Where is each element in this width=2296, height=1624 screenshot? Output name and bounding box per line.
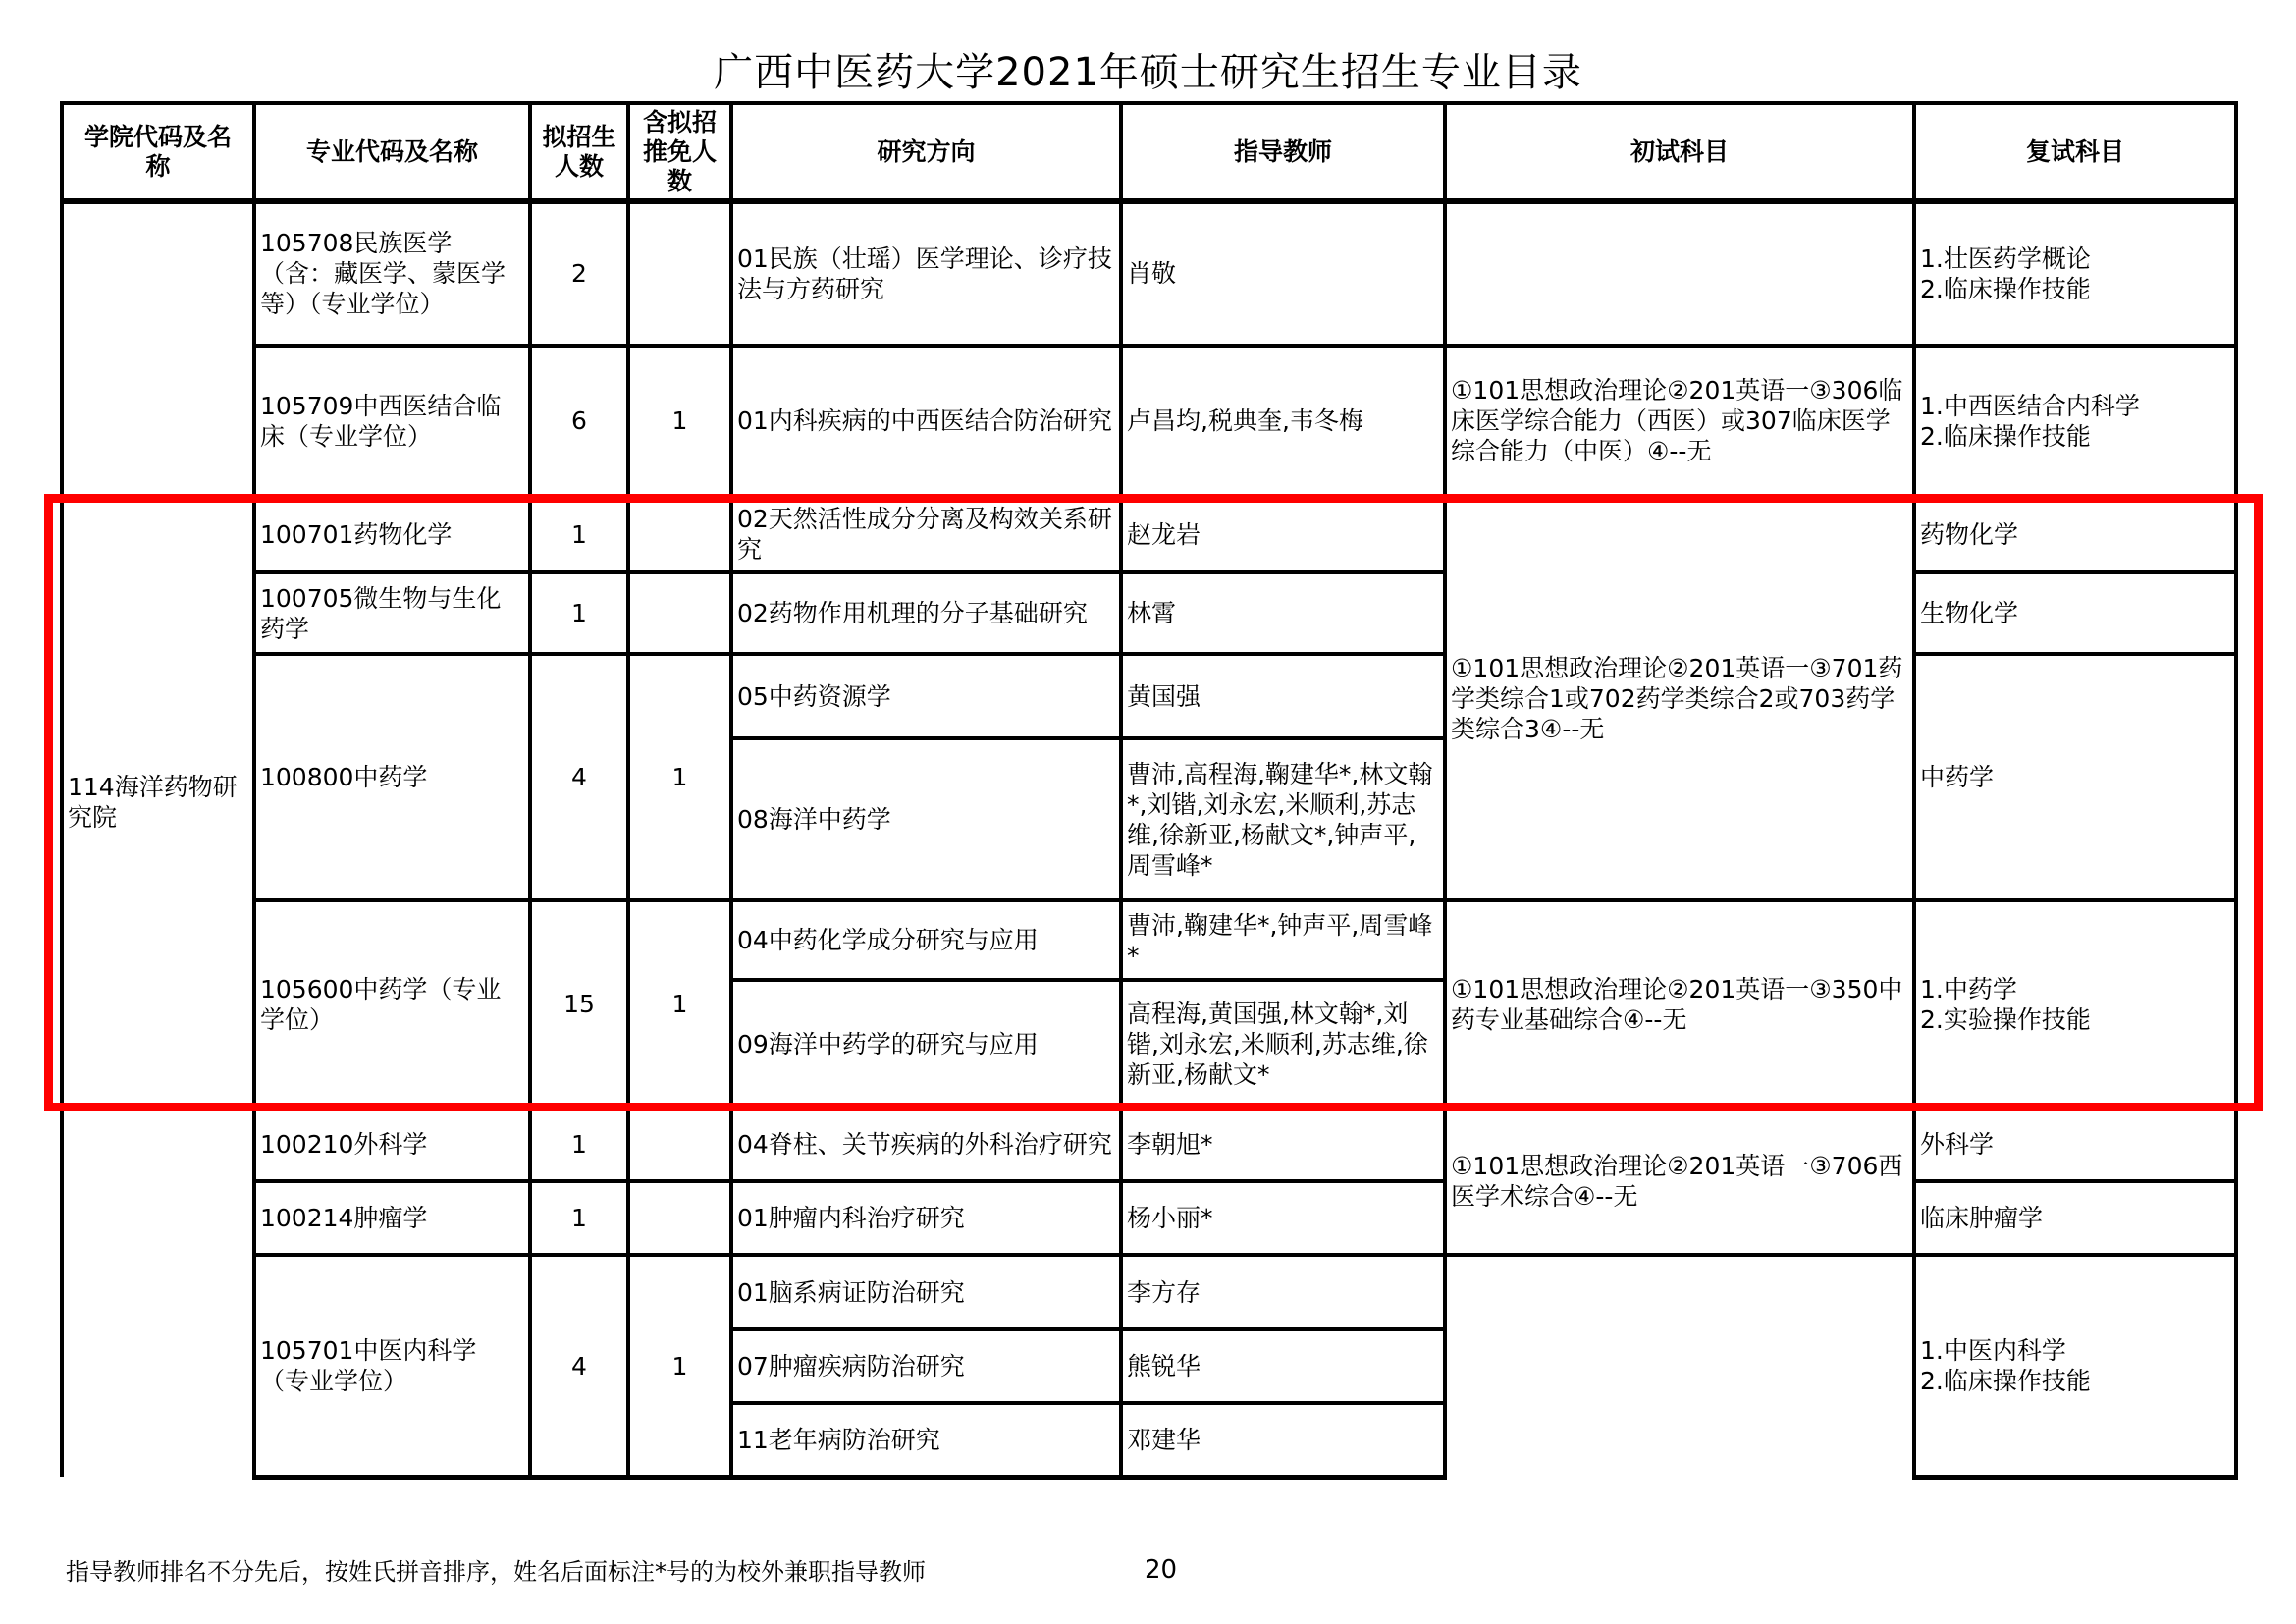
footer-note: 指导教师排名不分先后，按姓氏拼音排序，姓名后面标注*号的为校外兼职指导教师 bbox=[66, 1557, 926, 1587]
research-direction: 01肿瘤内科治疗研究 bbox=[731, 1181, 1121, 1255]
table-border bbox=[252, 1106, 2238, 1110]
advisors-label: 肖敬 bbox=[1127, 258, 1176, 289]
table-row-major: 105709中西医结合临床（专业学位） bbox=[254, 346, 530, 496]
direction-label: 08海洋中药学 bbox=[737, 804, 891, 835]
prelim-label: ①101思想政治理论②201英语一③701药学类综合1或702药学类综合2或70… bbox=[1451, 653, 1908, 744]
retest-subjects: 1.壮医药学概论 2.临床操作技能 bbox=[1914, 201, 2236, 346]
major-label: 105709中西医结合临床（专业学位） bbox=[260, 391, 524, 452]
direction-label: 09海洋中药学的研究与应用 bbox=[737, 1029, 1039, 1059]
prelim-subjects: ①101思想政治理论②201英语一③306临床医学综合能力（西医）或307临床医… bbox=[1445, 346, 1914, 496]
direction-label: 04中药化学成分研究与应用 bbox=[737, 925, 1039, 955]
table-border bbox=[1443, 101, 1447, 1479]
research-direction: 05中药资源学 bbox=[731, 654, 1121, 738]
advisors-label: 卢昌均,税典奎,韦冬梅 bbox=[1127, 406, 1363, 436]
header-exempt: 含拟招 推免人 数 bbox=[628, 103, 731, 201]
research-direction: 01脑系病证防治研究 bbox=[731, 1255, 1121, 1329]
prelim-label: ①101思想政治理论②201英语一③706西医学术综合④--无 bbox=[1451, 1151, 1908, 1212]
prelim-subjects bbox=[1445, 1255, 1914, 1477]
advisors-label: 杨小丽* bbox=[1127, 1203, 1213, 1233]
advisors-label: 邓建华 bbox=[1127, 1425, 1201, 1455]
table-border bbox=[1119, 101, 1123, 1479]
prelim-label: ①101思想政治理论②201英语一③306临床医学综合能力（西医）或307临床医… bbox=[1451, 375, 1908, 466]
table-row-major: 100214肿瘤学 bbox=[254, 1181, 530, 1255]
major-label: 100705微生物与生化药学 bbox=[260, 583, 524, 644]
advisors-label: 赵龙岩 bbox=[1127, 519, 1201, 550]
advisors: 高程海,黄国强,林文翰*,刘锴,刘永宏,米顺利,苏志维,徐新亚,杨献文* bbox=[1121, 980, 1445, 1108]
table-border bbox=[528, 101, 532, 1479]
planned-value: 1 bbox=[571, 519, 587, 550]
major-label: 100214肿瘤学 bbox=[260, 1203, 427, 1233]
college-114: 114海洋药物研究院 bbox=[62, 496, 254, 1108]
retest-subjects: 生物化学 bbox=[1914, 572, 2236, 654]
research-direction: 02天然活性成分分离及构效关系研究 bbox=[731, 496, 1121, 572]
exempt-value: 1 bbox=[672, 1351, 688, 1381]
direction-label: 02药物作用机理的分子基础研究 bbox=[737, 598, 1088, 628]
exempt-count: 1 bbox=[628, 654, 731, 900]
advisors: 邓建华 bbox=[1121, 1403, 1445, 1477]
exempt-count: 1 bbox=[628, 346, 731, 496]
header-college-label: 学院代码及名 称 bbox=[84, 123, 232, 182]
advisors: 林霄 bbox=[1121, 572, 1445, 654]
header-advisors: 指导教师 bbox=[1121, 103, 1445, 201]
major-label: 105708民族医学（含：藏医学、蒙医学等）（专业学位） bbox=[260, 228, 524, 319]
header-major-label: 专业代码及名称 bbox=[306, 137, 478, 167]
advisors: 李方存 bbox=[1121, 1255, 1445, 1329]
header-advisors-label: 指导教师 bbox=[1234, 137, 1332, 167]
direction-label: 01内科疾病的中西医结合防治研究 bbox=[737, 406, 1112, 436]
header-prelim: 初试科目 bbox=[1445, 103, 1914, 201]
retest-subjects: 外科学 bbox=[1914, 1108, 2236, 1181]
prelim-subjects: ①101思想政治理论②201英语一③706西医学术综合④--无 bbox=[1445, 1108, 1914, 1255]
major-label: 105701中医内科学（专业学位） bbox=[260, 1335, 524, 1396]
header-planned-label: 拟招生 人数 bbox=[542, 123, 615, 182]
table-row-major: 100210外科学 bbox=[254, 1108, 530, 1181]
planned-value: 6 bbox=[571, 406, 587, 436]
prelim-subjects: ①101思想政治理论②201英语一③350中药专业基础综合④--无 bbox=[1445, 900, 1914, 1108]
table-border bbox=[1912, 101, 1916, 1479]
table-border bbox=[1912, 1179, 2238, 1183]
header-direction: 研究方向 bbox=[731, 103, 1121, 201]
table-border bbox=[729, 736, 1447, 740]
advisors-label: 李朝旭* bbox=[1127, 1129, 1213, 1160]
table-border bbox=[60, 494, 2238, 498]
planned-value: 1 bbox=[571, 1203, 587, 1233]
advisors: 杨小丽* bbox=[1121, 1181, 1445, 1255]
planned-count: 1 bbox=[530, 572, 628, 654]
planned-count: 1 bbox=[530, 1181, 628, 1255]
table-border bbox=[729, 101, 733, 1479]
advisors: 赵龙岩 bbox=[1121, 496, 1445, 572]
exempt-count bbox=[628, 201, 731, 346]
major-label: 100800中药学 bbox=[260, 762, 427, 792]
table-border bbox=[252, 652, 1447, 656]
table-border bbox=[252, 344, 2238, 348]
exempt-count: 1 bbox=[628, 1255, 731, 1477]
retest-subjects: 1.中医内科学 2.临床操作技能 bbox=[1914, 1255, 2236, 1477]
table-border bbox=[729, 978, 1447, 982]
table-border bbox=[60, 101, 64, 1477]
advisors: 李朝旭* bbox=[1121, 1108, 1445, 1181]
table-row-major: 105701中医内科学（专业学位） bbox=[254, 1255, 530, 1477]
advisors-label: 曹沛,高程海,鞠建华*,林文翰*,刘锴,刘永宏,米顺利,苏志维,徐新亚,杨献文*… bbox=[1127, 759, 1439, 881]
planned-value: 2 bbox=[571, 258, 587, 289]
prelim-subjects: ①101思想政治理论②201英语一③701药学类综合1或702药学类综合2或70… bbox=[1445, 496, 1914, 900]
table-border bbox=[729, 1401, 1447, 1405]
research-direction: 11老年病防治研究 bbox=[731, 1403, 1121, 1477]
advisors-label: 高程海,黄国强,林文翰*,刘锴,刘永宏,米顺利,苏志维,徐新亚,杨献文* bbox=[1127, 999, 1439, 1090]
planned-count: 4 bbox=[530, 1255, 628, 1477]
exempt-count bbox=[628, 572, 731, 654]
exempt-value: 1 bbox=[672, 762, 688, 792]
table-border bbox=[1912, 570, 2238, 574]
research-direction: 01民族（壮瑶）医学理论、诊疗技法与方药研究 bbox=[731, 201, 1121, 346]
planned-value: 1 bbox=[571, 1129, 587, 1160]
planned-count: 1 bbox=[530, 496, 628, 572]
planned-count: 6 bbox=[530, 346, 628, 496]
exempt-count bbox=[628, 1181, 731, 1255]
planned-count: 4 bbox=[530, 654, 628, 900]
major-label: 100701药物化学 bbox=[260, 519, 452, 550]
direction-label: 04脊柱、关节疾病的外科治疗研究 bbox=[737, 1129, 1112, 1160]
header-direction-label: 研究方向 bbox=[877, 137, 975, 167]
advisors: 肖敬 bbox=[1121, 201, 1445, 346]
planned-value: 1 bbox=[571, 598, 587, 628]
table-row-major: 100800中药学 bbox=[254, 654, 530, 900]
retest-label: 1.中药学 2.实验操作技能 bbox=[1920, 974, 2091, 1035]
retest-label: 生物化学 bbox=[1920, 598, 2018, 628]
planned-count: 2 bbox=[530, 201, 628, 346]
planned-count: 1 bbox=[530, 1108, 628, 1181]
retest-label: 1.中西医结合内科学 2.临床操作技能 bbox=[1920, 391, 2140, 452]
table-border bbox=[252, 101, 256, 1479]
advisors-label: 林霄 bbox=[1127, 598, 1176, 628]
table-row-major: 105708民族医学（含：藏医学、蒙医学等）（专业学位） bbox=[254, 201, 530, 346]
research-direction: 02药物作用机理的分子基础研究 bbox=[731, 572, 1121, 654]
exempt-count bbox=[628, 496, 731, 572]
research-direction: 07肿瘤疾病防治研究 bbox=[731, 1329, 1121, 1403]
research-direction: 01内科疾病的中西医结合防治研究 bbox=[731, 346, 1121, 496]
research-direction: 04脊柱、关节疾病的外科治疗研究 bbox=[731, 1108, 1121, 1181]
college-label: 114海洋药物研究院 bbox=[68, 772, 248, 833]
direction-label: 05中药资源学 bbox=[737, 681, 891, 712]
header-major: 专业代码及名称 bbox=[254, 103, 530, 201]
table-border bbox=[1912, 1475, 2238, 1480]
header-planned: 拟招生 人数 bbox=[530, 103, 628, 201]
retest-subjects: 1.中药学 2.实验操作技能 bbox=[1914, 900, 2236, 1108]
table-border bbox=[252, 1179, 1447, 1183]
advisors-label: 李方存 bbox=[1127, 1277, 1201, 1308]
page-title: 广西中医药大学2021年硕士研究生招生专业目录 bbox=[0, 45, 2296, 100]
table-row-major: 105600中药学（专业学位） bbox=[254, 900, 530, 1108]
table-border bbox=[252, 1253, 2238, 1257]
advisors-label: 黄国强 bbox=[1127, 681, 1201, 712]
table-border bbox=[2234, 101, 2238, 1479]
table-border bbox=[252, 1475, 1447, 1480]
retest-subjects: 药物化学 bbox=[1914, 496, 2236, 572]
prelim-label: ①101思想政治理论②201英语一③350中药专业基础综合④--无 bbox=[1451, 974, 1908, 1035]
research-direction: 09海洋中药学的研究与应用 bbox=[731, 980, 1121, 1108]
advisors: 熊锐华 bbox=[1121, 1329, 1445, 1403]
major-label: 105600中药学（专业学位） bbox=[260, 974, 524, 1035]
exempt-count bbox=[628, 1108, 731, 1181]
header-college: 学院代码及名 称 bbox=[62, 103, 254, 201]
planned-value: 4 bbox=[571, 762, 587, 792]
page-number: 20 bbox=[1145, 1555, 1177, 1585]
planned-value: 15 bbox=[563, 989, 595, 1019]
retest-label: 中药学 bbox=[1920, 762, 1994, 792]
retest-label: 药物化学 bbox=[1920, 519, 2018, 550]
retest-subjects: 中药学 bbox=[1914, 654, 2236, 900]
retest-label: 1.壮医药学概论 2.临床操作技能 bbox=[1920, 244, 2091, 304]
advisors-label: 曹沛,鞠建华*,钟声平,周雪峰* bbox=[1127, 910, 1439, 971]
header-exempt-label: 含拟招 推免人 数 bbox=[643, 108, 717, 196]
retest-subjects: 1.中西医结合内科学 2.临床操作技能 bbox=[1914, 346, 2236, 496]
advisors: 黄国强 bbox=[1121, 654, 1445, 738]
advisors: 曹沛,鞠建华*,钟声平,周雪峰* bbox=[1121, 900, 1445, 980]
research-direction: 04中药化学成分研究与应用 bbox=[731, 900, 1121, 980]
table-border bbox=[729, 1327, 1447, 1331]
exempt-count: 1 bbox=[628, 900, 731, 1108]
retest-label: 外科学 bbox=[1920, 1129, 1994, 1160]
direction-label: 01肿瘤内科治疗研究 bbox=[737, 1203, 965, 1233]
exempt-value: 1 bbox=[672, 406, 688, 436]
header-retest-label: 复试科目 bbox=[2026, 137, 2124, 167]
table-border bbox=[626, 101, 630, 1479]
table-border bbox=[1912, 652, 2238, 656]
retest-label: 临床肿瘤学 bbox=[1920, 1203, 2043, 1233]
direction-label: 02天然活性成分分离及构效关系研究 bbox=[737, 504, 1115, 565]
table-row-major: 100705微生物与生化药学 bbox=[254, 572, 530, 654]
table-row-major: 100701药物化学 bbox=[254, 496, 530, 572]
retest-subjects: 临床肿瘤学 bbox=[1914, 1181, 2236, 1255]
direction-label: 11老年病防治研究 bbox=[737, 1425, 940, 1455]
advisors: 卢昌均,税典奎,韦冬梅 bbox=[1121, 346, 1445, 496]
planned-count: 15 bbox=[530, 900, 628, 1108]
exempt-value: 1 bbox=[672, 989, 688, 1019]
direction-label: 07肿瘤疾病防治研究 bbox=[737, 1351, 965, 1381]
table-border bbox=[252, 898, 2238, 902]
retest-label: 1.中医内科学 2.临床操作技能 bbox=[1920, 1335, 2091, 1396]
planned-value: 4 bbox=[571, 1351, 587, 1381]
table-border bbox=[252, 570, 1447, 574]
advisors: 曹沛,高程海,鞠建华*,林文翰*,刘锴,刘永宏,米顺利,苏志维,徐新亚,杨献文*… bbox=[1121, 738, 1445, 900]
header-retest: 复试科目 bbox=[1914, 103, 2236, 201]
research-direction: 08海洋中药学 bbox=[731, 738, 1121, 900]
major-label: 100210外科学 bbox=[260, 1129, 427, 1160]
prelim-subjects bbox=[1445, 201, 1914, 346]
direction-label: 01脑系病证防治研究 bbox=[737, 1277, 965, 1308]
advisors-label: 熊锐华 bbox=[1127, 1351, 1201, 1381]
header-prelim-label: 初试科目 bbox=[1630, 137, 1729, 167]
direction-label: 01民族（壮瑶）医学理论、诊疗技法与方药研究 bbox=[737, 244, 1115, 304]
